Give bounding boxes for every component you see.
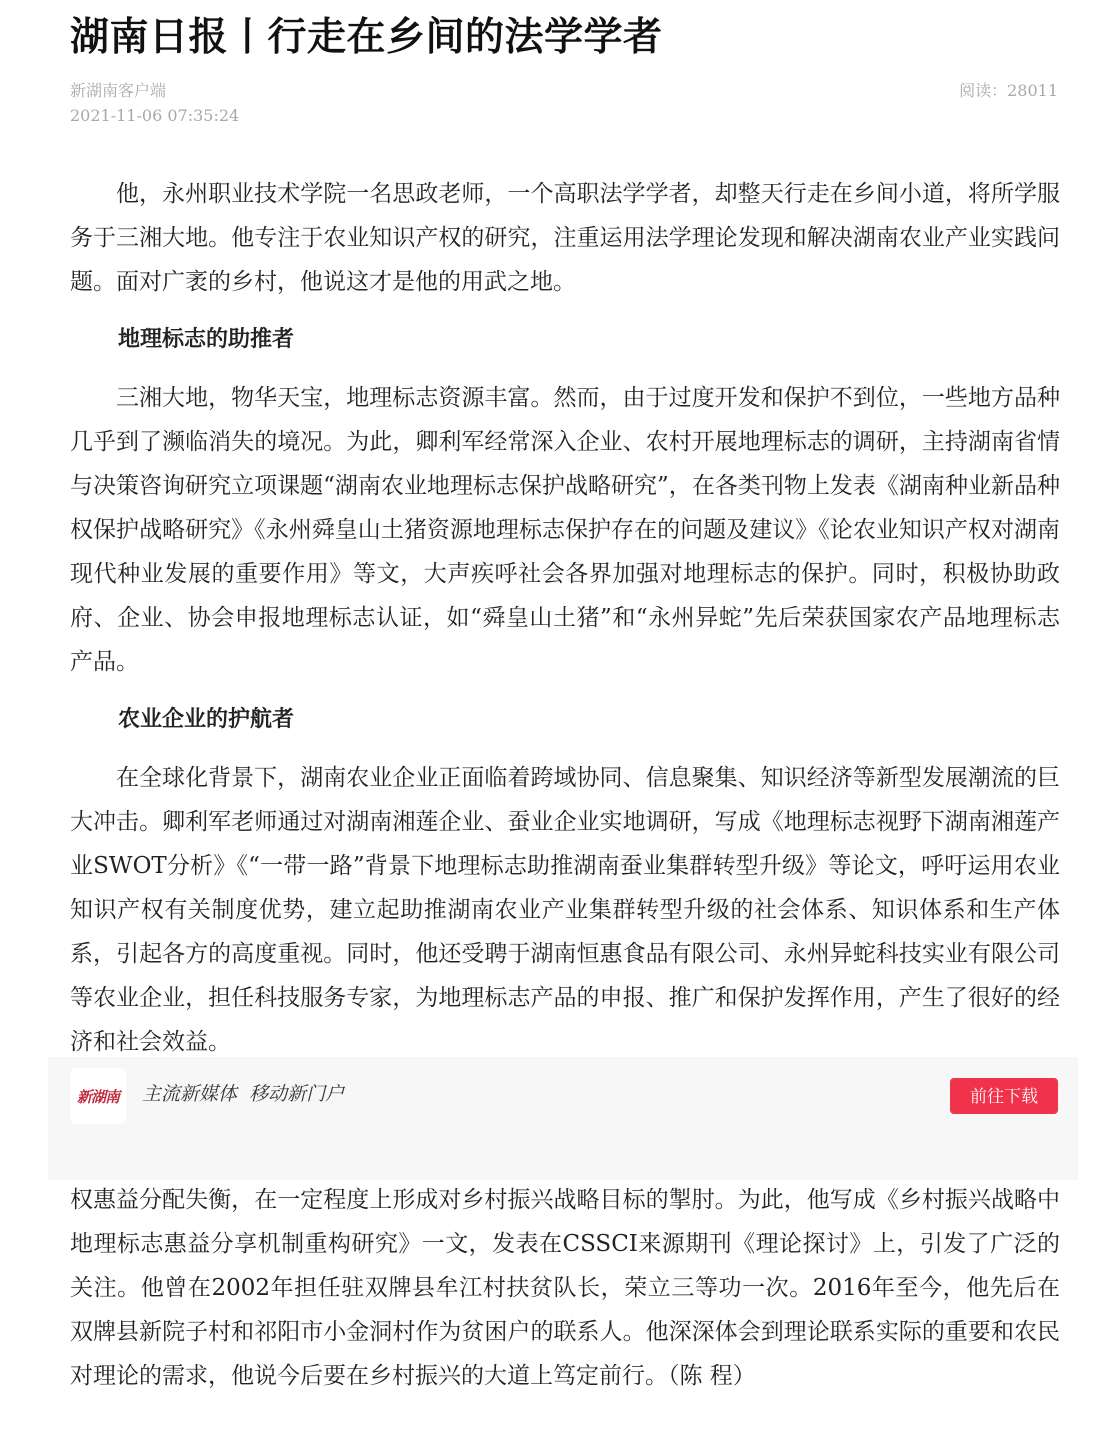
paragraph-geo-indication: 三湘大地，物华天宝，地理标志资源丰富。然而，由于过度开发和保护不到位，一些地方品… [70,376,1060,684]
app-logo-text: 新湖南 [77,1086,119,1107]
article-body-continued: 权惠益分配失衡，在一定程度上形成对乡村振兴战略目标的掣肘。为此，他写成《乡村振兴… [70,1178,1060,1398]
download-button[interactable]: 前往下载 [950,1078,1058,1114]
app-download-banner: 新湖南 主流新媒体 移动新门户 前往下载 [48,1057,1078,1180]
publish-datetime: 2021-11-06 07:35:24 [70,105,239,127]
article-body: 他，永州职业技术学院一名思政老师，一个高职法学学者，却整天行走在乡间小道，将所学… [70,172,1060,1064]
section-heading-agri-enterprise: 农业企业的护航者 [70,698,1060,742]
read-count: 阅读：28011 [959,80,1058,102]
banner-slogan: 主流新媒体 移动新门户 [142,1081,344,1107]
paragraph-intro: 他，永州职业技术学院一名思政老师，一个高职法学学者，却整天行走在乡间小道，将所学… [70,172,1060,304]
section-heading-geo-indication: 地理标志的助推者 [70,318,1060,362]
paragraph-agri-enterprise: 在全球化背景下，湖南农业企业正面临着跨域协同、信息聚集、知识经济等新型发展潮流的… [70,756,1060,1064]
app-logo: 新湖南 [70,1068,126,1124]
paragraph-rural-revitalization: 权惠益分配失衡，在一定程度上形成对乡村振兴战略目标的掣肘。为此，他写成《乡村振兴… [70,1178,1060,1398]
article-source: 新湖南客户端 [70,80,166,102]
article-title: 湖南日报丨行走在乡间的法学学者 [70,12,663,64]
